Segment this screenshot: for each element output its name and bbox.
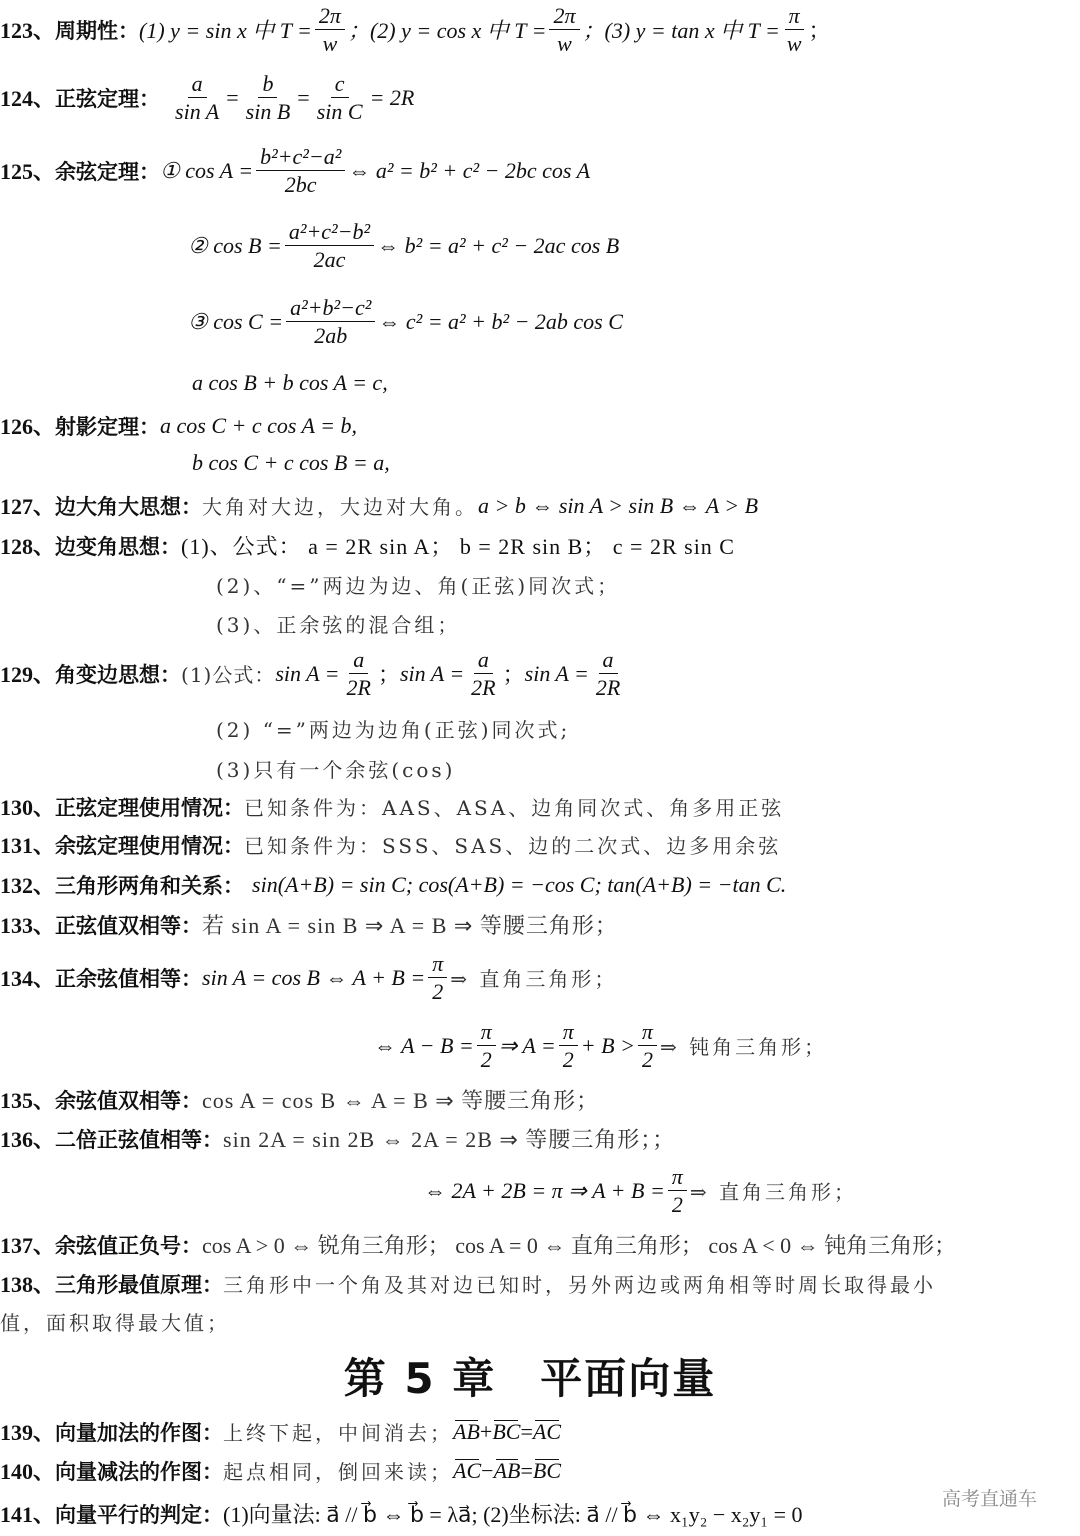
fraction: csin C — [313, 72, 367, 123]
item-128: 128、 边变角思想： (1)、公式： a = 2R sin A； b = 2R… — [0, 530, 735, 561]
item-125-line-2: ② cos B = a²+c²−b²2ac ⇔ b² = a² + c² − 2… — [188, 220, 619, 271]
vector: BC — [533, 1458, 561, 1484]
item-number: 138、 — [0, 1268, 55, 1299]
fraction: 2πw — [549, 4, 579, 55]
watermark: 高考直通车 — [942, 1484, 1037, 1511]
item-title: 向量平行的判定： — [55, 1499, 223, 1529]
item-127: 127、 边大角大思想： 大角对大边，大边对大角。 a > b ⇔ sin A … — [0, 490, 758, 521]
item-134-line-2: ⇔ A − B = π2 ⇒ A = π2 + B > π2 ⇒ 钝角三角形； — [374, 1020, 827, 1071]
item-title: 周期性： — [55, 15, 139, 45]
vector: AC — [533, 1419, 561, 1445]
projection-line-1: a cos B + b cos A = c, — [192, 370, 388, 396]
fraction: a2R — [467, 648, 499, 699]
chapter-heading: 第 5 章 平面向量 — [0, 1346, 1060, 1406]
item-number: 140、 — [0, 1455, 55, 1486]
item-number: 126、 — [0, 410, 55, 441]
fraction: π2 — [477, 1020, 496, 1071]
fraction: b²+c²−a²2bc — [256, 145, 345, 196]
item-number: 134、 — [0, 962, 55, 993]
item-title: 余弦定理使用情况： — [55, 830, 244, 860]
item-title: 正弦定理： — [55, 83, 160, 113]
item-125: 125、 余弦定理： ① cos A = b²+c²−a²2bc ⇔ a² = … — [0, 145, 590, 196]
item-title: 三角形最值原理： — [55, 1269, 223, 1299]
vector: AC — [453, 1458, 481, 1484]
item-title: 角变边思想： — [55, 659, 181, 689]
item-140: 140、 向量减法的作图： 起点相同，倒回来读； AC − AB = BC — [0, 1455, 561, 1486]
fraction: π2 — [638, 1020, 657, 1071]
fraction: πw — [783, 4, 806, 55]
item-title: 边大角大思想： — [55, 491, 202, 521]
item-132: 132、 三角形两角和关系： sin(A+B) = sin C; cos(A+B… — [0, 869, 786, 900]
item-title: 余弦定理： — [55, 156, 160, 186]
formula: ；(2) y = cos x 中 T = — [348, 14, 547, 45]
item-number: 137、 — [0, 1229, 55, 1260]
item-number: 139、 — [0, 1416, 55, 1447]
projection-line-3: b cos C + c cos B = a, — [192, 450, 390, 476]
item-number: 129、 — [0, 658, 55, 689]
item-137: 137、 余弦值正负号： cos A > 0 ⇔ 锐角三角形； cos A = … — [0, 1229, 956, 1260]
item-number: 127、 — [0, 490, 55, 521]
item-129-line-3: (3)只有一个余弦(cos) — [216, 754, 455, 783]
item-133: 133、 正弦值双相等： 若 sin A = sin B ⇒ A = B ⇒ 等… — [0, 909, 618, 940]
item-title: 三角形两角和关系： — [55, 870, 244, 900]
fraction: 2πw — [315, 4, 345, 55]
item-number: 125、 — [0, 155, 55, 186]
vector: BC — [492, 1419, 520, 1445]
item-134: 134、 正余弦值相等： sin A = cos B ⇔ A + B = π2 … — [0, 952, 617, 1003]
item-title: 向量加法的作图： — [55, 1417, 223, 1447]
item-129: 129、 角变边思想： (1)公式： sin A = a2R； sin A = … — [0, 648, 627, 699]
item-title: 正弦值双相等： — [55, 910, 202, 940]
item-number: 123、 — [0, 14, 55, 45]
item-number: 131、 — [0, 829, 55, 860]
fraction: bsin B — [242, 72, 295, 123]
item-number: 124、 — [0, 82, 55, 113]
vector: AB — [453, 1419, 480, 1445]
fraction: a2R — [592, 648, 624, 699]
item-title: 向量减法的作图： — [55, 1456, 223, 1486]
item-title: 边变角思想： — [55, 531, 181, 561]
item-136: 136、 二倍正弦值相等： sin 2A = sin 2B ⇔ 2A = 2B … — [0, 1123, 675, 1154]
item-title: 余弦值双相等： — [55, 1085, 202, 1115]
item-title: 正弦定理使用情况： — [55, 792, 244, 822]
item-title: 二倍正弦值相等： — [55, 1124, 223, 1154]
fraction: a²+b²−c²2ab — [286, 296, 375, 347]
item-126: 126、 射影定理： a cos C + c cos A = b, — [0, 410, 357, 441]
item-136-line-2: ⇔ 2A + 2B = π ⇒ A + B = π2 ⇒ 直角三角形； — [424, 1165, 857, 1216]
item-number: 136、 — [0, 1123, 55, 1154]
item-number: 141、 — [0, 1498, 55, 1529]
vector: AB — [494, 1458, 521, 1484]
item-number: 132、 — [0, 869, 55, 900]
fraction: a²+c²−b²2ac — [285, 220, 374, 271]
item-128-line-2: (2)、“=”两边为边、角(正弦)同次式； — [216, 570, 620, 599]
item-number: 135、 — [0, 1084, 55, 1115]
item-138-line-2: 值，面积取得最大值； — [0, 1307, 230, 1336]
fraction: π2 — [668, 1165, 687, 1216]
item-123: 123、 周期性： (1) y = sin x 中 T = 2πw ；(2) y… — [0, 4, 831, 55]
item-title: 余弦值正负号： — [55, 1230, 202, 1260]
item-124: 124、 正弦定理： asin A= bsin B= csin C = 2R — [0, 72, 414, 123]
item-title: 射影定理： — [55, 411, 160, 441]
item-title: 正余弦值相等： — [55, 963, 202, 993]
item-129-line-2: (2) “=”两边为边角(正弦)同次式; — [216, 714, 570, 743]
item-number: 133、 — [0, 909, 55, 940]
fraction: π2 — [428, 952, 447, 1003]
item-135: 135、 余弦值双相等： cos A = cos B ⇔ A = B ⇒ 等腰三… — [0, 1084, 599, 1115]
item-125-line-3: ③ cos C = a²+b²−c²2ab ⇔ c² = a² + b² − 2… — [188, 296, 623, 347]
item-128-line-3: (3)、正余弦的混合组； — [216, 609, 460, 638]
fraction: asin A — [171, 72, 223, 123]
item-number: 130、 — [0, 791, 55, 822]
formula: (1) y = sin x 中 T = — [139, 14, 312, 45]
item-number: 128、 — [0, 530, 55, 561]
item-130: 130、 正弦定理使用情况： 已知条件为：AAS、ASA、边角同次式、角多用正弦 — [0, 791, 784, 822]
item-131: 131、 余弦定理使用情况： 已知条件为：SSS、SAS、边的二次式、边多用余弦 — [0, 829, 781, 860]
item-139: 139、 向量加法的作图： 上终下起，中间消去； AB + BC = AC — [0, 1416, 561, 1447]
fraction: π2 — [559, 1020, 578, 1071]
fraction: a2R — [343, 648, 375, 699]
item-138: 138、 三角形最值原理： 三角形中一个角及其对边已知时，另外两边或两角相等时周… — [0, 1268, 936, 1299]
item-141: 141、 向量平行的判定： (1)向量法: a⃗ // b⃗ ⇔ b⃗ = λa… — [0, 1498, 803, 1529]
formula: ；(3) y = tan x 中 T = — [583, 14, 780, 45]
